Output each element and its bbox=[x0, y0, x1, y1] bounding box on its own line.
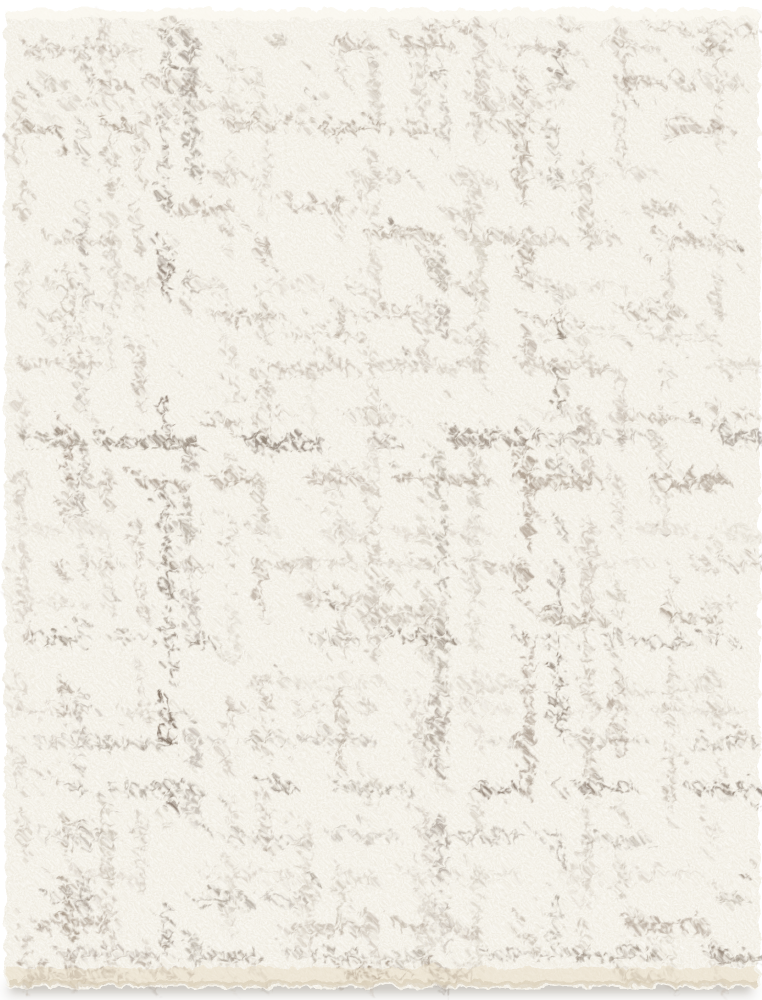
product-photo-canvas bbox=[0, 0, 762, 1000]
rug-photo-svg bbox=[0, 0, 762, 1000]
rug-product-photo bbox=[0, 0, 762, 1000]
